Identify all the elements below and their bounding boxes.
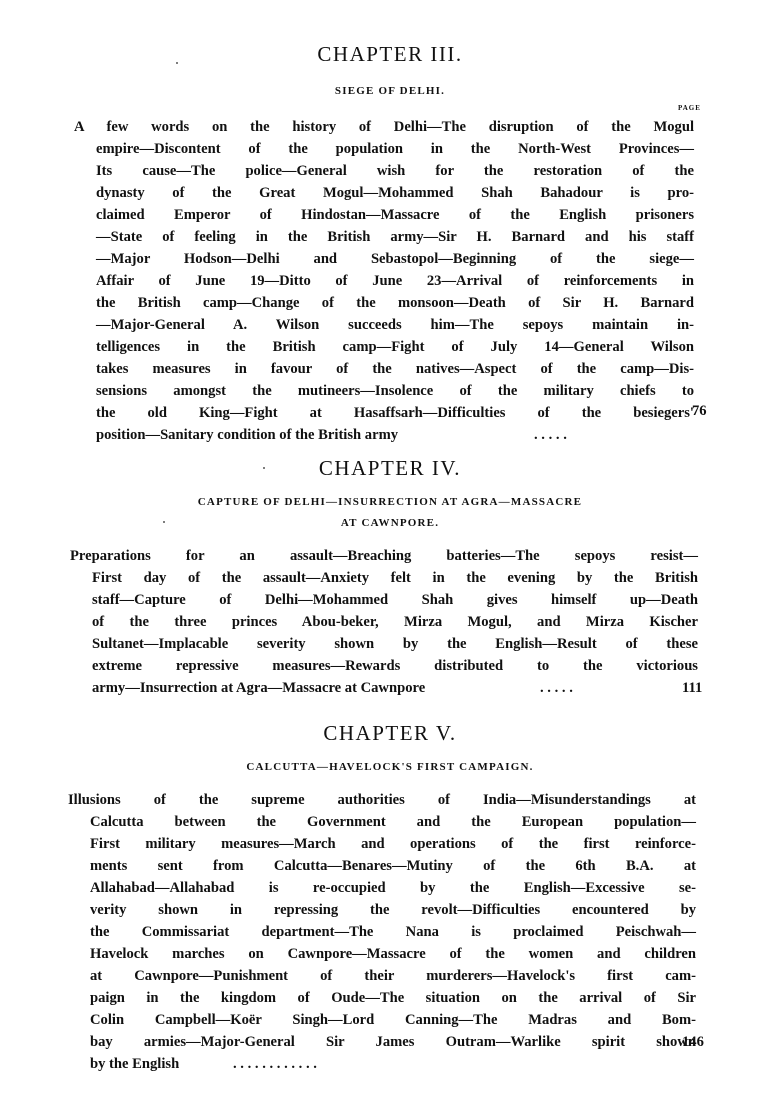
book-contents-page: CHAPTER III. SIEGE OF DELHI. PAGE A few … — [0, 0, 780, 1108]
chapter-3-title: CHAPTER III. — [0, 42, 780, 67]
summary-line: Havelock marches on Cawnpore—Massacre of… — [68, 943, 696, 965]
dot-leader: . . . . . . . . . . . . — [233, 1053, 317, 1075]
summary-line: dynasty of the Great Mogul—Mohammed Shah… — [74, 182, 694, 204]
summary-line: —State of feeling in the British army—Si… — [74, 226, 694, 248]
chapter-3-subtitle: SIEGE OF DELHI. — [0, 85, 780, 97]
print-speck — [176, 62, 178, 64]
print-speck — [163, 521, 165, 523]
summary-line: ments sent from Calcutta—Benares—Mutiny … — [68, 855, 696, 877]
summary-line: Its cause—The police—General wish for th… — [74, 160, 694, 182]
summary-line: Illusions of the supreme authorities of … — [68, 789, 696, 811]
summary-line: extreme repressive measures—Rewards dist… — [70, 655, 698, 677]
summary-line: the British camp—Change of the monsoon—D… — [74, 292, 694, 314]
summary-line-text: army—Insurrection at Agra—Massacre at Ca… — [92, 680, 425, 696]
chapter-4-subtitle-line-2: AT CAWNPORE. — [0, 517, 780, 529]
summary-line: —Major-General A. Wilson succeeds him—Th… — [74, 314, 694, 336]
summary-line: First day of the assault—Anxiety felt in… — [70, 567, 698, 589]
summary-line: Calcutta between the Government and the … — [68, 811, 696, 833]
summary-line-text: by the English — [90, 1056, 179, 1072]
summary-line: takes measures in favour of the natives—… — [74, 358, 694, 380]
summary-line: Preparations for an assault—Breaching ba… — [70, 545, 698, 567]
summary-line: bay armies—Major-General Sir James Outra… — [68, 1031, 696, 1053]
summary-line: of the three princes Abou-beker, Mirza M… — [70, 611, 698, 633]
summary-line-last: by the English . . . . . . . . . . . . — [68, 1053, 696, 1075]
summary-line: claimed Emperor of Hindostan—Massacre of… — [74, 204, 694, 226]
summary-line: verity shown in repressing the revolt—Di… — [68, 899, 696, 921]
chapter-4-title: CHAPTER IV. — [0, 456, 780, 481]
summary-line: telligences in the British camp—Fight of… — [74, 336, 694, 358]
summary-line-text: position—Sanitary condition of the Briti… — [96, 427, 398, 443]
summary-line-last: army—Insurrection at Agra—Massacre at Ca… — [70, 677, 698, 699]
page-column-label: PAGE — [678, 104, 701, 112]
chapter-4-summary: Preparations for an assault—Breaching ba… — [70, 545, 698, 699]
summary-line-last: position—Sanitary condition of the Briti… — [74, 424, 694, 446]
summary-line: the Commissariat department—The Nana is … — [68, 921, 696, 943]
chapter-3-summary: A few words on the history of Delhi—The … — [74, 116, 694, 446]
summary-line: A few words on the history of Delhi—The … — [74, 116, 694, 138]
chapter-4-page-number: 111 — [682, 677, 702, 699]
summary-line: Colin Campbell—Koër Singh—Lord Canning—T… — [68, 1009, 696, 1031]
summary-line: —Major Hodson—Delhi and Sebastopol—Begin… — [74, 248, 694, 270]
summary-line: paign in the kingdom of Oude—The situati… — [68, 987, 696, 1009]
summary-line: at Cawnpore—Punishment of their murderer… — [68, 965, 696, 987]
summary-line: empire—Discontent of the population in t… — [74, 138, 694, 160]
chapter-5-summary: Illusions of the supreme authorities of … — [68, 789, 696, 1075]
summary-line: Sultanet—Implacable severity shown by th… — [70, 633, 698, 655]
summary-line: the old King—Fight at Hasaffsarh—Difficu… — [74, 402, 694, 424]
chapter-3-page-number: 76 — [692, 400, 707, 422]
chapter-5-subtitle: CALCUTTA—HAVELOCK'S FIRST CAMPAIGN. — [0, 761, 780, 773]
summary-line: Allahabad—Allahabad is re-occupied by th… — [68, 877, 696, 899]
chapter-5-page-number: 146 — [682, 1031, 704, 1053]
summary-line: sensions amongst the mutineers—Insolence… — [74, 380, 694, 402]
dot-leader: . . . . . — [540, 677, 573, 699]
chapter-4-subtitle-line-1: CAPTURE OF DELHI—INSURRECTION AT AGRA—MA… — [0, 496, 780, 508]
dot-leader: . . . . . — [534, 424, 567, 446]
summary-line: First military measures—March and operat… — [68, 833, 696, 855]
summary-line: Affair of June 19—Ditto of June 23—Arriv… — [74, 270, 694, 292]
print-speck — [263, 467, 265, 469]
summary-line: staff—Capture of Delhi—Mohammed Shah giv… — [70, 589, 698, 611]
chapter-5-title: CHAPTER V. — [0, 721, 780, 746]
